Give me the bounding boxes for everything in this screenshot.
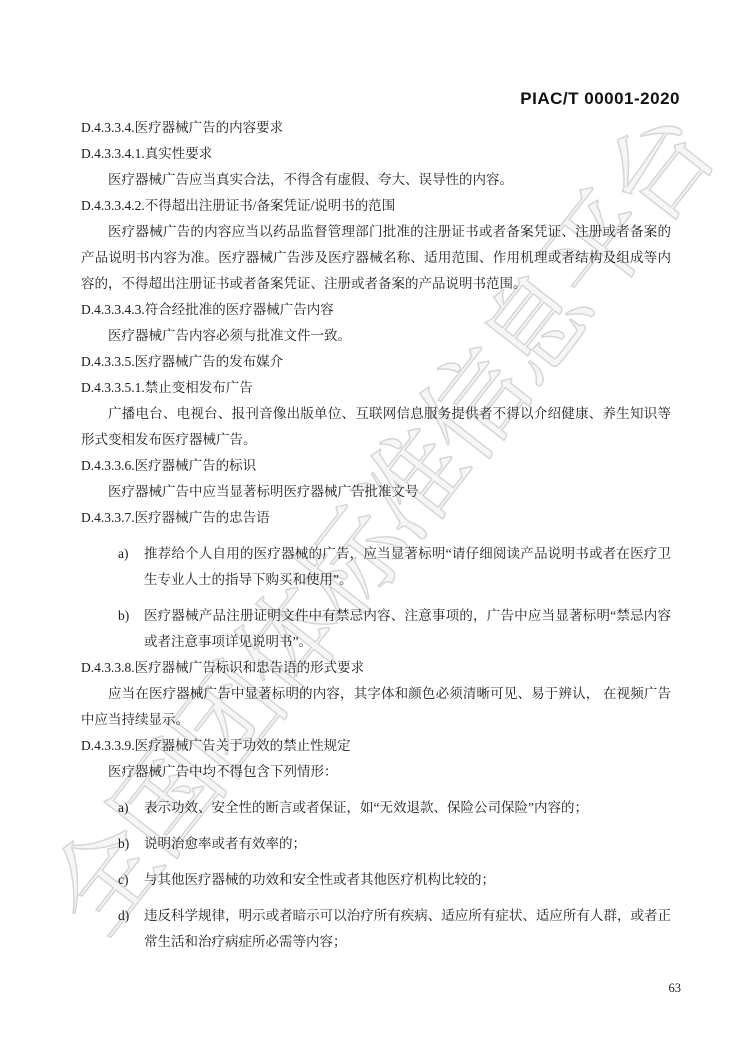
list-item: d) 违反科学规律，明示或者暗示可以治疗所有疾病、适应所有症状、适应所有人群，或… bbox=[81, 903, 671, 955]
clause-heading: D.4.3.3.7.医疗器械广告的忠告语 bbox=[81, 505, 671, 531]
list-item-label: b) bbox=[118, 603, 129, 629]
list-item: a) 表示功效、安全性的断言或者保证，如“无效退款、保险公司保险”内容的； bbox=[81, 795, 671, 821]
list-item-text: 说明治愈率或者有效率的； bbox=[144, 836, 306, 851]
standard-code-header: PIAC/T 00001-2020 bbox=[520, 89, 680, 109]
paragraph: 医疗器械广告的内容应当以药品监督管理部门批准的注册证书或者备案凭证、注册或者备案… bbox=[81, 219, 671, 297]
clause-heading: D.4.3.3.6.医疗器械广告的标识 bbox=[81, 453, 671, 479]
paragraph: 应当在医疗器械广告中显著标明的内容，其字体和颜色必须清晰可见、易于辨认， 在视频… bbox=[81, 681, 671, 733]
list-item-label: b) bbox=[118, 831, 129, 857]
clause-heading: D.4.3.3.4.2.不得超出注册证书/备案凭证/说明书的范围 bbox=[81, 193, 671, 219]
list-item-label: d) bbox=[118, 903, 129, 929]
list-item: c) 与其他医疗器械的功效和安全性或者其他医疗机构比较的； bbox=[81, 867, 671, 893]
list-item: b) 说明治愈率或者有效率的； bbox=[81, 831, 671, 857]
clause-heading: D.4.3.3.4.医疗器械广告的内容要求 bbox=[81, 115, 671, 141]
list-item-text: 违反科学规律，明示或者暗示可以治疗所有疾病、适应所有症状、适应所有人群，或者正常… bbox=[144, 908, 671, 949]
paragraph: 医疗器械广告中应当显著标明医疗器械广告批准文号 bbox=[81, 479, 671, 505]
list-item-text: 表示功效、安全性的断言或者保证，如“无效退款、保险公司保险”内容的； bbox=[144, 800, 588, 815]
clause-heading: D.4.3.3.8.医疗器械广告标识和忠告语的形式要求 bbox=[81, 655, 671, 681]
paragraph: 医疗器械广告内容必须与批准文件一致。 bbox=[81, 323, 671, 349]
clause-heading: D.4.3.3.4.1.真实性要求 bbox=[81, 141, 671, 167]
list-item-label: c) bbox=[118, 867, 129, 893]
paragraph: 医疗器械广告应当真实合法，不得含有虚假、夸大、误导性的内容。 bbox=[81, 167, 671, 193]
paragraph: 医疗器械广告中均不得包含下列情形： bbox=[81, 759, 671, 785]
page-number: 63 bbox=[669, 981, 682, 996]
list-item: a) 推荐给个人自用的医疗器械的广告，应当显著标明“请仔细阅读产品说明书或者在医… bbox=[81, 541, 671, 593]
list-item-text: 与其他医疗器械的功效和安全性或者其他医疗机构比较的； bbox=[144, 872, 495, 887]
list-item-text: 医疗器械产品注册证明文件中有禁忌内容、注意事项的，广告中应当显著标明“禁忌内容或… bbox=[144, 608, 671, 649]
paragraph: 广播电台、电视台、报刊音像出版单位、互联网信息服务提供者不得以介绍健康、养生知识… bbox=[81, 401, 671, 453]
document-body: D.4.3.3.4.医疗器械广告的内容要求 D.4.3.3.4.1.真实性要求 … bbox=[81, 115, 671, 955]
clause-heading: D.4.3.3.5.医疗器械广告的发布媒介 bbox=[81, 349, 671, 375]
list-item-text: 推荐给个人自用的医疗器械的广告，应当显著标明“请仔细阅读产品说明书或者在医疗卫生… bbox=[144, 546, 671, 587]
list-item-label: a) bbox=[118, 541, 129, 567]
list-item: b) 医疗器械产品注册证明文件中有禁忌内容、注意事项的，广告中应当显著标明“禁忌… bbox=[81, 603, 671, 655]
clause-heading: D.4.3.3.9.医疗器械广告关于功效的禁止性规定 bbox=[81, 733, 671, 759]
list-item-label: a) bbox=[118, 795, 129, 821]
clause-heading: D.4.3.3.5.1.禁止变相发布广告 bbox=[81, 375, 671, 401]
clause-heading: D.4.3.3.4.3.符合经批准的医疗器械广告内容 bbox=[81, 297, 671, 323]
document-page: 全国团体标准信息平台 PIAC/T 00001-2020 D.4.3.3.4.医… bbox=[0, 0, 750, 1060]
